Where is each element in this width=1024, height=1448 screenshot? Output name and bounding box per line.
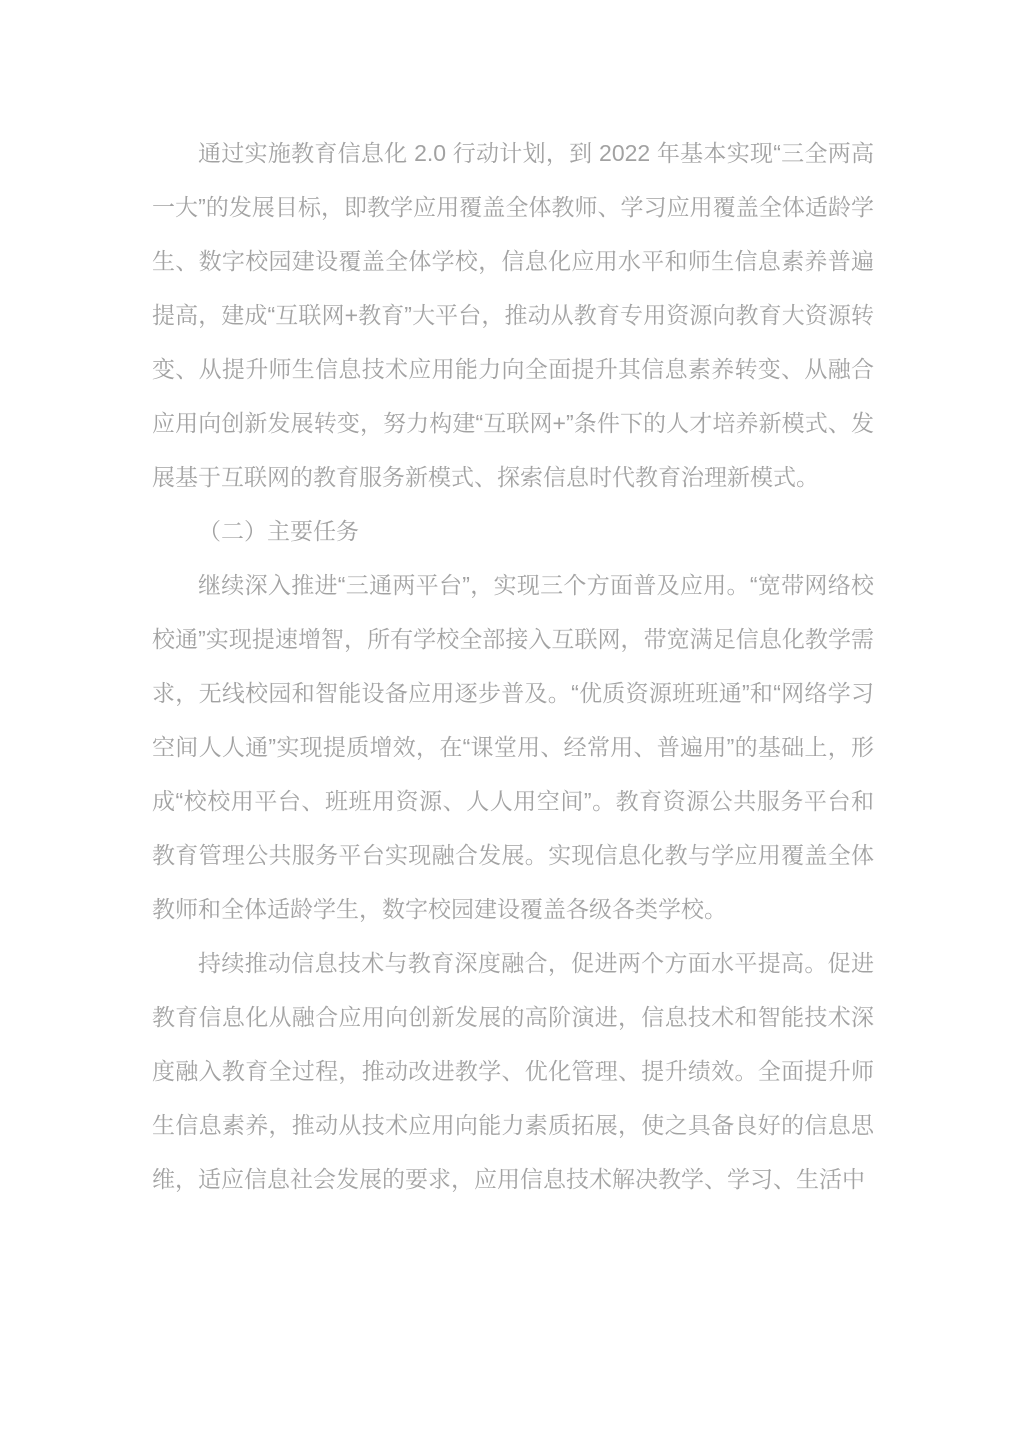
paragraph-deep-integration: 持续推动信息技术与教育深度融合，促进两个方面水平提高。促进教育信息化从融合应用向…	[152, 936, 874, 1206]
paragraph-development-goals: 通过实施教育信息化 2.0 行动计划，到 2022 年基本实现“三全两高一大”的…	[152, 126, 874, 504]
section-heading-main-tasks: （二）主要任务	[152, 504, 874, 558]
document-body: 通过实施教育信息化 2.0 行动计划，到 2022 年基本实现“三全两高一大”的…	[152, 126, 874, 1206]
document-page: { "colors": { "page_background": "#fffff…	[0, 0, 1024, 1448]
paragraph-three-links-two-platforms: 继续深入推进“三通两平台”，实现三个方面普及应用。“宽带网络校校通”实现提速增智…	[152, 558, 874, 936]
